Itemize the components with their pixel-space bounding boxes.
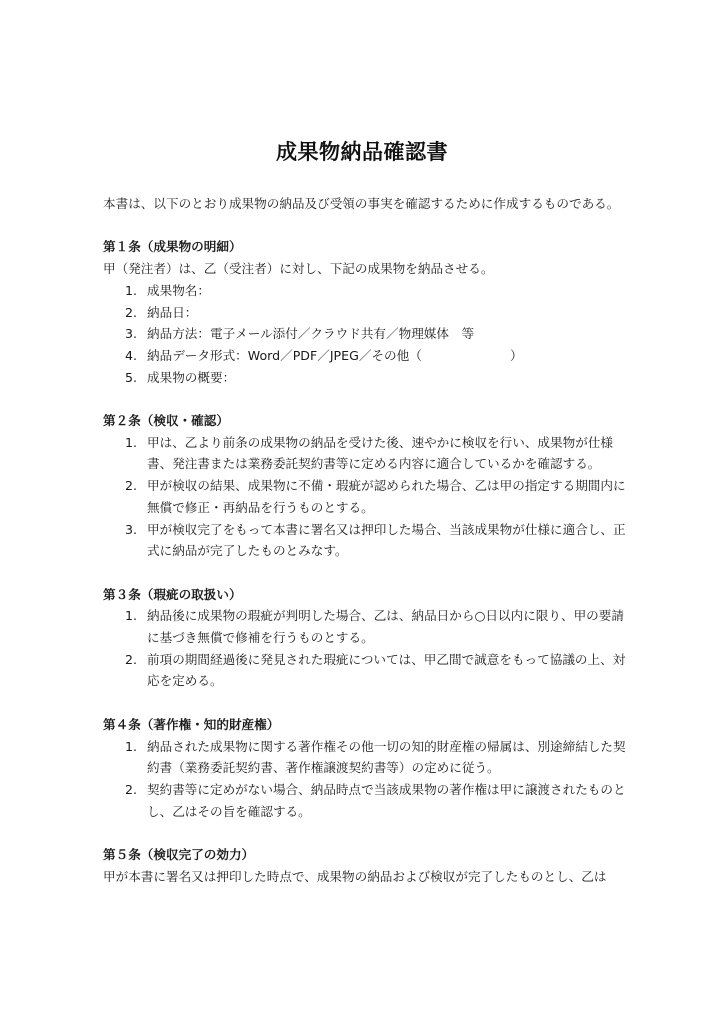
document-page: 成果物納品確認書 本書は、以下のとおり成果物の納品及び受領の事実を確認するために… bbox=[0, 0, 724, 1024]
list-item: 4.納品データ形式：Word／PDF／JPEG／その他（ ） bbox=[103, 345, 633, 367]
article-5: 第５条（検収完了の効力） 甲が本書に署名又は押印した時点で、成果物の納品および検… bbox=[103, 844, 633, 887]
article-heading: 第１条（成果物の明細） bbox=[103, 236, 633, 258]
article-heading: 第４条（著作権・知的財産権） bbox=[103, 714, 633, 736]
list-item: 3.納品方法：電子メール添付／クラウド共有／物理媒体 等 bbox=[103, 323, 633, 345]
list-item: 2.前項の期間経過後に発見された瑕疵については、甲乙間で誠意をもって協議の上、対… bbox=[103, 649, 633, 692]
list-item: 3.甲が検収完了をもって本書に署名又は押印した場合、当該成果物が仕様に適合し、正… bbox=[103, 519, 633, 562]
list-item: 1.甲は、乙より前条の成果物の納品を受けた後、速やかに検収を行い、成果物が仕様書… bbox=[103, 432, 633, 475]
article-1: 第１条（成果物の明細） 甲（発注者）は、乙（受注者）に対し、下記の成果物を納品さ… bbox=[103, 236, 633, 388]
list-item: 2.契約書等に定めがない場合、納品時点で当該成果物の著作権は甲に譲渡されたものと… bbox=[103, 779, 633, 822]
document-body: 本書は、以下のとおり成果物の納品及び受領の事実を確認するために作成するものである… bbox=[103, 193, 633, 887]
article-2: 第２条（検収・確認） 1.甲は、乙より前条の成果物の納品を受けた後、速やかに検収… bbox=[103, 410, 633, 562]
article-items: 1.納品後に成果物の瑕疵が判明した場合、乙は、納品日から○日以内に限り、甲の要請… bbox=[103, 605, 633, 692]
list-item: 5.成果物の概要： bbox=[103, 367, 633, 389]
article-heading: 第５条（検収完了の効力） bbox=[103, 844, 633, 866]
list-item: 1.成果物名： bbox=[103, 280, 633, 302]
list-item: 2.甲が検収の結果、成果物に不備・瑕疵が認められた場合、乙は甲の指定する期間内に… bbox=[103, 475, 633, 518]
article-items: 1.成果物名： 2.納品日： 3.納品方法：電子メール添付／クラウド共有／物理媒… bbox=[103, 280, 633, 389]
article-items: 1.甲は、乙より前条の成果物の納品を受けた後、速やかに検収を行い、成果物が仕様書… bbox=[103, 432, 633, 562]
article-4: 第４条（著作権・知的財産権） 1.納品された成果物に関する著作権その他一切の知的… bbox=[103, 714, 633, 823]
article-lead: 甲（発注者）は、乙（受注者）に対し、下記の成果物を納品させる。 bbox=[103, 258, 633, 280]
document-title: 成果物納品確認書 bbox=[0, 136, 724, 166]
article-lead: 甲が本書に署名又は押印した時点で、成果物の納品および検収が完了したものとし、乙は bbox=[103, 866, 633, 888]
article-3: 第３条（瑕疵の取扱い） 1.納品後に成果物の瑕疵が判明した場合、乙は、納品日から… bbox=[103, 584, 633, 693]
list-item: 1.納品後に成果物の瑕疵が判明した場合、乙は、納品日から○日以内に限り、甲の要請… bbox=[103, 605, 633, 648]
article-heading: 第３条（瑕疵の取扱い） bbox=[103, 584, 633, 606]
article-items: 1.納品された成果物に関する著作権その他一切の知的財産権の帰属は、別途締結した契… bbox=[103, 736, 633, 823]
list-item: 1.納品された成果物に関する著作権その他一切の知的財産権の帰属は、別途締結した契… bbox=[103, 736, 633, 779]
article-heading: 第２条（検収・確認） bbox=[103, 410, 633, 432]
list-item: 2.納品日： bbox=[103, 302, 633, 324]
intro-paragraph: 本書は、以下のとおり成果物の納品及び受領の事実を確認するために作成するものである… bbox=[103, 193, 633, 215]
